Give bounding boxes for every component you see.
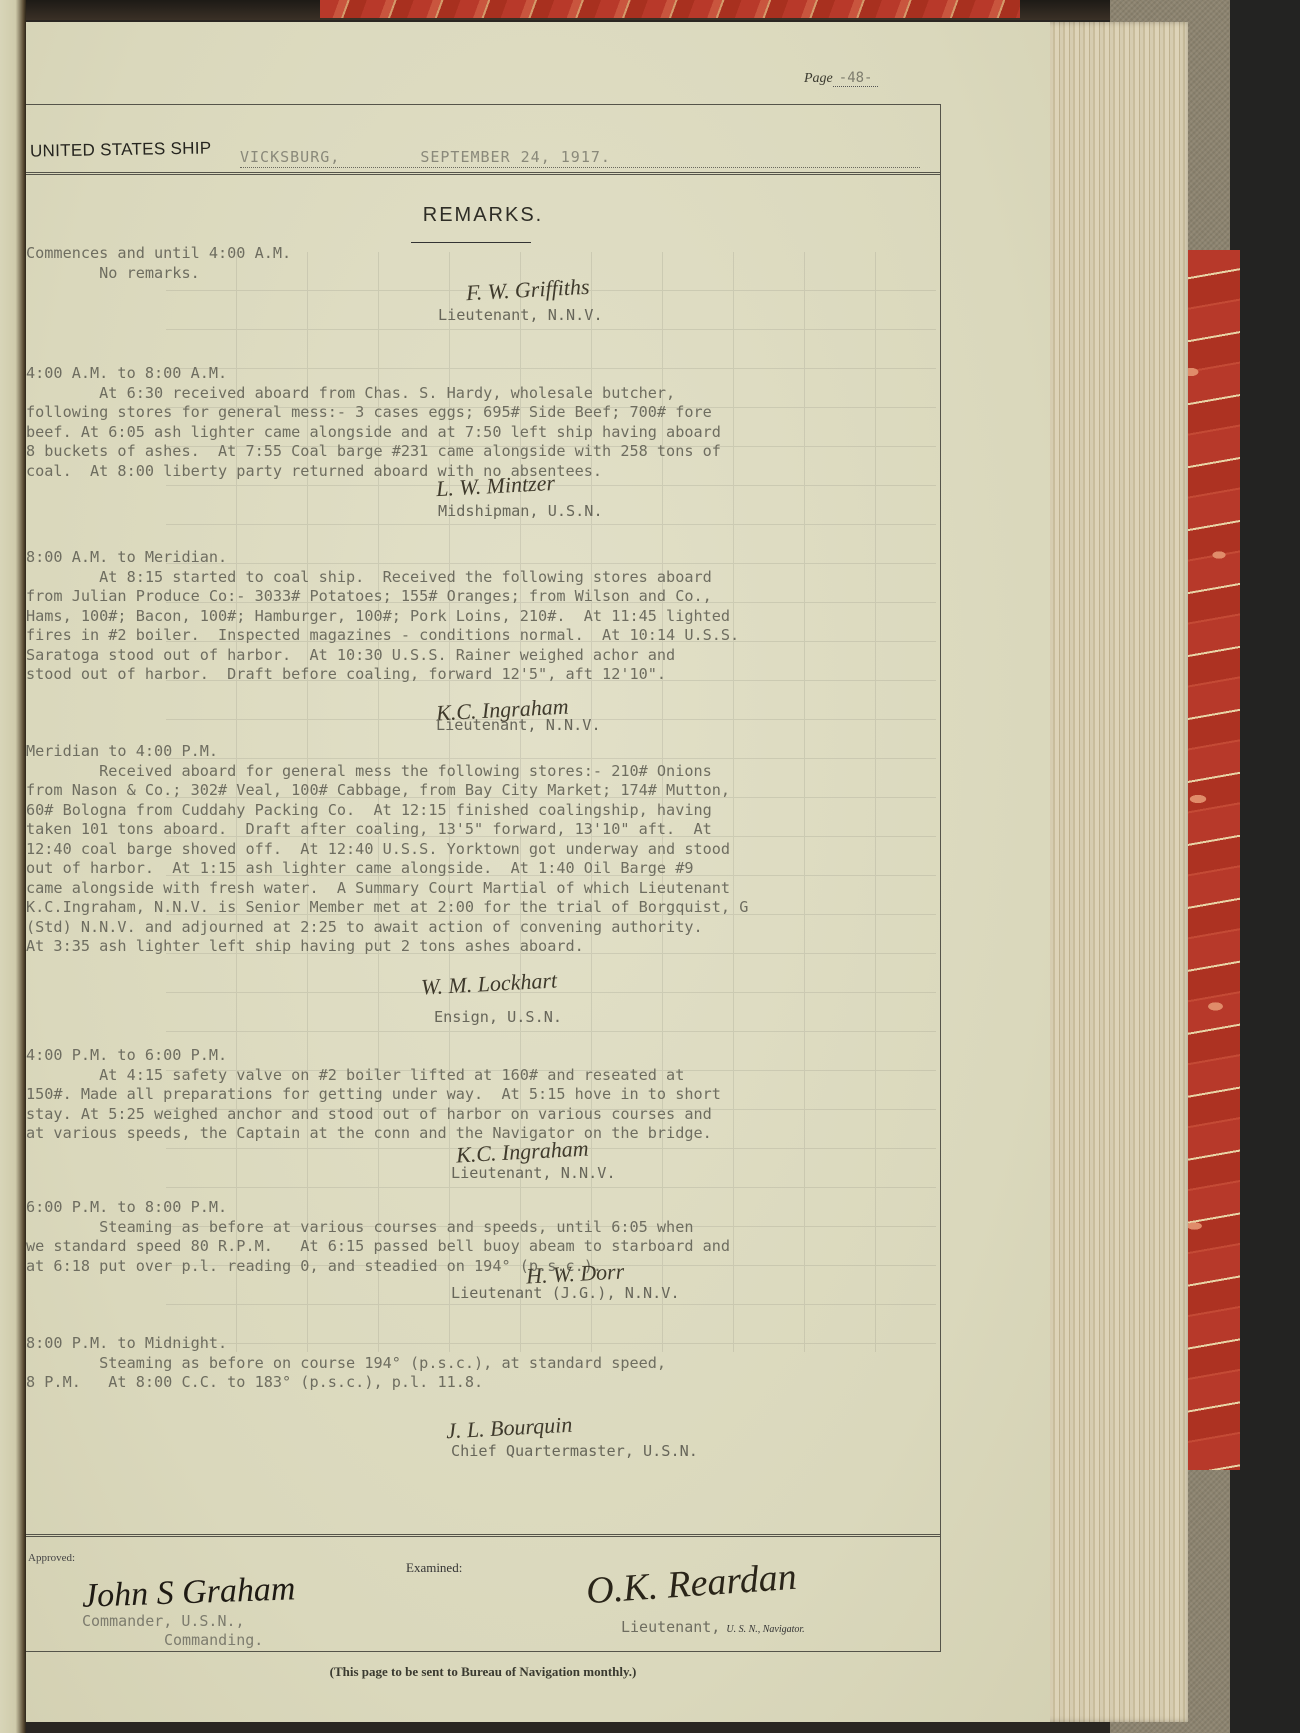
officer-rank: Lieutenant, N.N.V. bbox=[438, 306, 603, 326]
watch-entry-afternoon: Meridian to 4:00 P.M. Received aboard fo… bbox=[26, 742, 916, 957]
ship-label: UNITED STATES SHIP bbox=[30, 138, 212, 161]
facing-page-edge bbox=[0, 0, 26, 1733]
watch-heading: 4:00 A.M. to 8:00 A.M. bbox=[26, 364, 916, 384]
officer-rank: Chief Quartermaster, U.S.N. bbox=[451, 1442, 698, 1462]
watch-heading: 8:00 P.M. to Midnight. bbox=[26, 1334, 916, 1354]
book-cover-edge bbox=[1230, 0, 1300, 1733]
officer-rank: Lieutenant, N.N.V. bbox=[436, 716, 601, 736]
watch-entry-forenoon: 8:00 A.M. to Meridian. At 8:15 started t… bbox=[26, 548, 916, 685]
approved-label: Approved: bbox=[28, 1552, 75, 1564]
page-number: Page-48- bbox=[804, 70, 878, 87]
navigator-rank-suffix: U. S. N., Navigator. bbox=[726, 1624, 804, 1635]
officer-rank: Midshipman, U.S.N. bbox=[438, 502, 603, 522]
examined-label: Examined: bbox=[406, 1560, 462, 1576]
officer-rank: Lieutenant, N.N.V. bbox=[451, 1164, 616, 1184]
officer-rank: Ensign, U.S.N. bbox=[434, 1008, 562, 1028]
footer-rule bbox=[26, 1534, 940, 1537]
title-underline bbox=[411, 242, 531, 243]
watch-remarks: At 8:15 started to coal ship. Received t… bbox=[26, 568, 916, 685]
watch-entry-first-watch: 8:00 P.M. to Midnight. Steaming as befor… bbox=[26, 1334, 916, 1393]
ship-entry: VICKSBURG, SEPTEMBER 24, 1917. bbox=[240, 148, 920, 168]
officer-signature: J. L. Bourquin bbox=[446, 1415, 573, 1441]
commander-signature: John S Graham bbox=[81, 1570, 296, 1615]
watch-remarks: Steaming as before on course 194° (p.s.c… bbox=[26, 1354, 916, 1393]
watch-heading: Meridian to 4:00 P.M. bbox=[26, 742, 916, 762]
watch-remarks: At 6:30 received aboard from Chas. S. Ha… bbox=[26, 384, 916, 482]
officer-rank: Lieutenant (J.G.), N.N.V. bbox=[451, 1284, 680, 1304]
log-date: SEPTEMBER 24, 1917. bbox=[420, 148, 611, 166]
watch-entry-second-dog: 6:00 P.M. to 8:00 P.M. Steaming as befor… bbox=[26, 1198, 916, 1276]
header-rule bbox=[26, 172, 940, 175]
commander-rank-line1: Commander, U.S.N., bbox=[82, 1612, 263, 1631]
ship-name: VICKSBURG, bbox=[240, 148, 340, 166]
watch-entry-midwatch: Commences and until 4:00 A.M. No remarks… bbox=[26, 244, 916, 283]
section-title: REMARKS. bbox=[26, 204, 940, 227]
officer-signature: K.C. Ingraham bbox=[456, 1139, 589, 1165]
page-number-value: -48- bbox=[833, 70, 879, 87]
watch-heading: Commences and until 4:00 A.M. bbox=[26, 244, 916, 264]
log-page: Page-48- UNITED STATES SHIP VICKSBURG, S… bbox=[26, 22, 1050, 1722]
watch-remarks: Steaming as before at various courses an… bbox=[26, 1218, 916, 1277]
watch-remarks: At 4:15 safety valve on #2 boiler lifted… bbox=[26, 1066, 916, 1144]
page-stack-edge bbox=[1040, 22, 1188, 1722]
watch-heading: 6:00 P.M. to 8:00 P.M. bbox=[26, 1198, 916, 1218]
officer-signature: W. M. Lockhart bbox=[421, 970, 558, 997]
watch-entry-first-dog: 4:00 P.M. to 6:00 P.M. At 4:15 safety va… bbox=[26, 1046, 916, 1144]
commander-rank: Commander, U.S.N., Commanding. bbox=[82, 1612, 263, 1650]
navigator-rank: Lieutenant,U. S. N., Navigator. bbox=[621, 1618, 805, 1636]
page-label: Page bbox=[804, 71, 833, 86]
navigator-rank-title: Lieutenant, bbox=[621, 1618, 720, 1636]
officer-signature: F. W. Griffiths bbox=[466, 277, 590, 303]
watch-heading: 8:00 A.M. to Meridian. bbox=[26, 548, 916, 568]
commander-rank-line2: Commanding. bbox=[82, 1631, 263, 1650]
officer-signature: H. W. Dorr bbox=[526, 1261, 625, 1286]
officer-signature: L. W. Mintzer bbox=[436, 473, 556, 499]
bureau-note: (This page to be sent to Bureau of Navig… bbox=[26, 1664, 940, 1680]
watch-remarks: Received aboard for general mess the fol… bbox=[26, 762, 916, 957]
watch-entry-morning: 4:00 A.M. to 8:00 A.M. At 6:30 received … bbox=[26, 364, 916, 481]
marbled-endpaper-top bbox=[320, 0, 1020, 18]
watch-heading: 4:00 P.M. to 6:00 P.M. bbox=[26, 1046, 916, 1066]
